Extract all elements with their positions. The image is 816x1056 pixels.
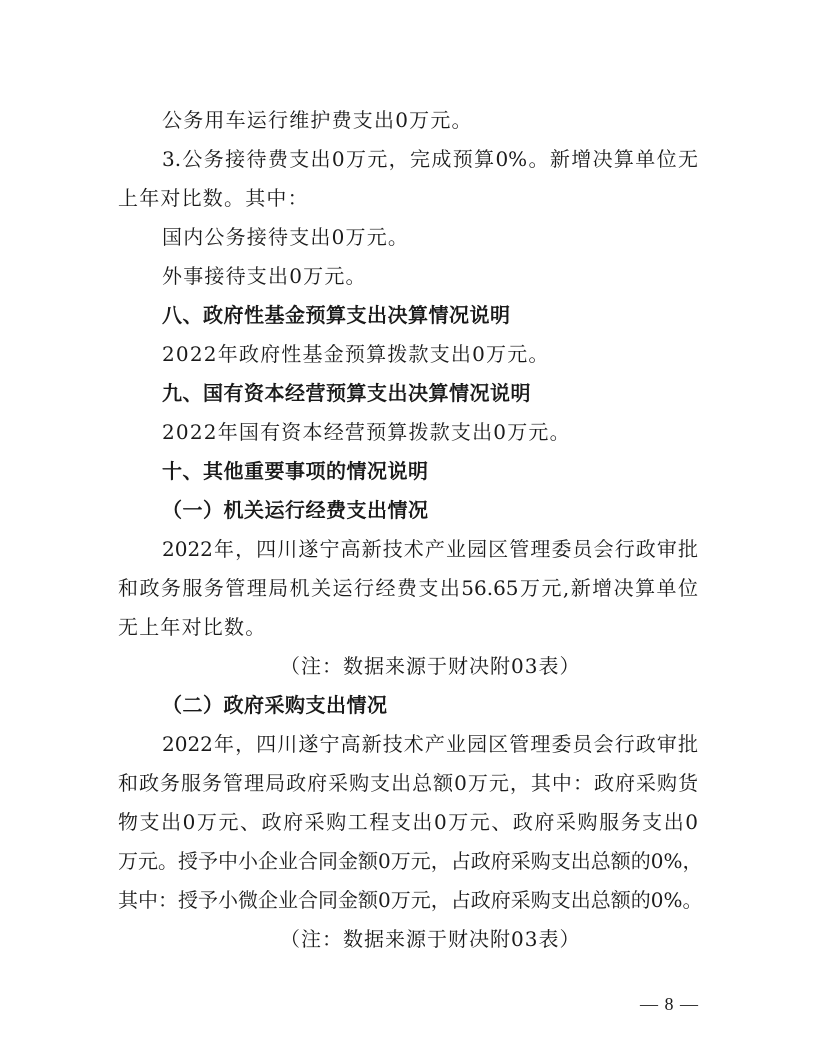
paragraph-line: 国内公务接待支出0万元。 <box>162 223 698 251</box>
paragraph-line: 其中：授予小微企业合同金额0万元，占政府采购支出总额的0%。 <box>118 886 698 914</box>
paragraph-line: 2022年，四川遂宁高新技术产业园区管理委员会行政审批 <box>162 730 698 758</box>
section-heading-9: 九、国有资本经营预算支出决算情况说明 <box>162 379 698 407</box>
subsection-heading-1: （一）机关运行经费支出情况 <box>162 496 742 524</box>
section-heading-10: 十、其他重要事项的情况说明 <box>162 457 698 485</box>
paragraph-line: 物支出0万元、政府采购工程支出0万元、政府采购服务支出0 <box>118 808 698 836</box>
source-note: （注：数据来源于财决附03表） <box>280 925 600 953</box>
paragraph-line: 2022年国有资本经营预算拨款支出0万元。 <box>162 418 698 446</box>
paragraph-line: 万元。授予中小企业合同金额0万元，占政府采购支出总额的0%， <box>118 847 698 875</box>
paragraph-line: 公务用车运行维护费支出0万元。 <box>162 106 698 134</box>
page-number: — 8 — <box>640 994 699 1015</box>
paragraph-line: 3.公务接待费支出0万元，完成预算0%。新增决算单位无 <box>162 145 698 173</box>
section-heading-8: 八、政府性基金预算支出决算情况说明 <box>162 301 698 329</box>
paragraph-line: 和政务服务管理局政府采购支出总额0万元，其中：政府采购货 <box>118 769 698 797</box>
paragraph-line: 2022年政府性基金预算拨款支出0万元。 <box>162 340 698 368</box>
paragraph-line: 2022年，四川遂宁高新技术产业园区管理委员会行政审批 <box>162 535 698 563</box>
paragraph-line: 和政务服务管理局机关运行经费支出56.65万元,新增决算单位 <box>118 574 698 602</box>
paragraph-line: 外事接待支出0万元。 <box>162 262 698 290</box>
subsection-heading-2: （二）政府采购支出情况 <box>162 691 742 719</box>
source-note: （注：数据来源于财决附03表） <box>280 652 600 680</box>
paragraph-line: 上年对比数。其中： <box>118 184 698 212</box>
paragraph-line: 无上年对比数。 <box>118 613 698 641</box>
